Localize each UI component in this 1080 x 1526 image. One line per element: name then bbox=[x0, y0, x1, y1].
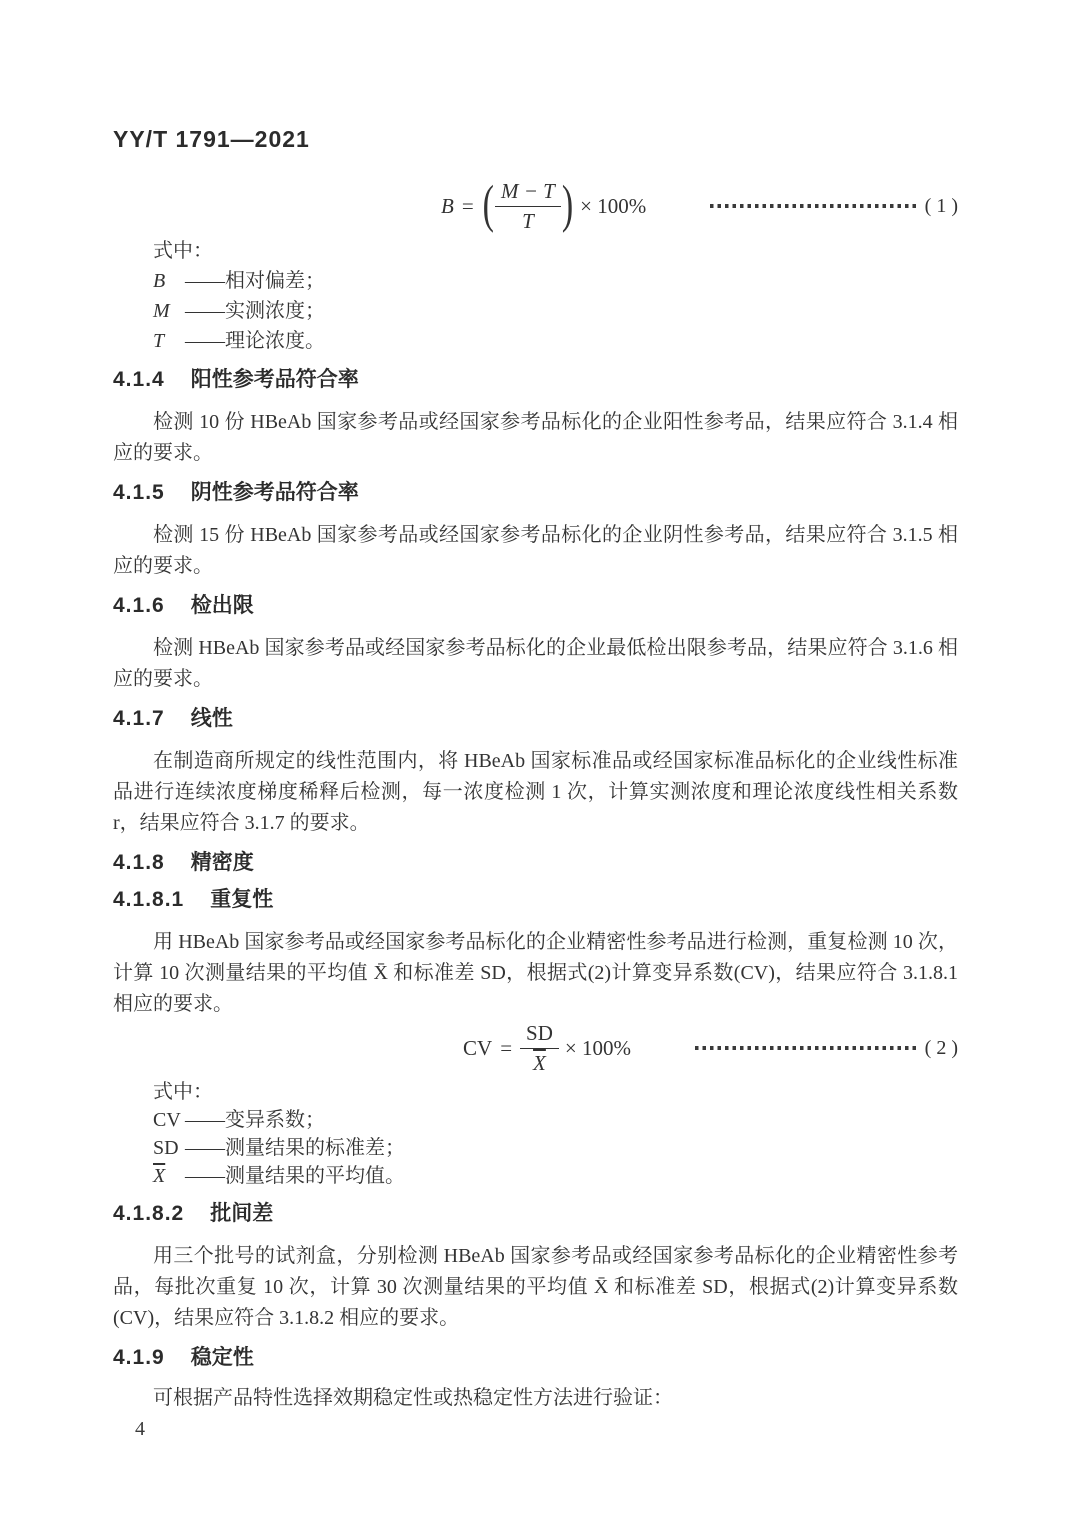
section-title: 稳定性 bbox=[191, 1346, 254, 1369]
section-body-4-1-5: 检测 15 份 HBeAb 国家参考品或经国家参考品标化的企业阴性参考品，结果应… bbox=[113, 520, 958, 582]
equals-sign: = bbox=[500, 1036, 512, 1061]
equation-lhs: B bbox=[441, 194, 454, 219]
equation-1-body: B = ( M − T T ) × 100% bbox=[441, 179, 646, 232]
multiplier: × 100% bbox=[580, 194, 646, 219]
dash: —— bbox=[185, 1109, 225, 1131]
equation-number: ( 2 ) bbox=[925, 1037, 958, 1060]
equation-2-legend: 式中： CV——变异系数； SD——测量结果的标准差； X——测量结果的平均值。 bbox=[153, 1078, 958, 1190]
legend-label: 式中： bbox=[153, 1078, 958, 1106]
dash: —— bbox=[185, 1137, 225, 1159]
section-body-4-1-7: 在制造商所规定的线性范围内，将 HBeAb 国家标准品或经国家标准品标化的企业线… bbox=[113, 746, 958, 839]
section-heading-4-1-9: 4.1.9稳定性 bbox=[113, 1345, 958, 1371]
equation-2: CV = SD X × 100% ( 2 ) bbox=[113, 1020, 958, 1076]
section-title: 线性 bbox=[191, 707, 233, 730]
page-content: YY/T 1791—2021 B = ( M − T T ) × 100% ( … bbox=[113, 0, 958, 1445]
dotted-leader bbox=[710, 204, 918, 208]
section-heading-4-1-5: 4.1.5阴性参考品符合率 bbox=[113, 480, 958, 506]
dash: —— bbox=[185, 300, 225, 322]
legend-label: 式中： bbox=[153, 236, 958, 266]
page-number: 4 bbox=[135, 1414, 958, 1445]
legend-row: SD——测量结果的标准差； bbox=[153, 1134, 958, 1162]
dash: —— bbox=[185, 1165, 225, 1187]
legend-row: T——理论浓度。 bbox=[153, 326, 958, 356]
fraction-numerator: M − T bbox=[495, 179, 561, 206]
legend-row: CV——变异系数； bbox=[153, 1106, 958, 1134]
fraction-numerator: SD bbox=[520, 1021, 559, 1048]
equation-2-body: CV = SD X × 100% bbox=[463, 1021, 631, 1074]
equals-sign: = bbox=[462, 194, 474, 219]
section-body-4-1-4: 检测 10 份 HBeAb 国家参考品或经国家参考品标化的企业阳性参考品，结果应… bbox=[113, 407, 958, 469]
fraction: M − T T bbox=[495, 179, 561, 232]
section-number: 4.1.5 bbox=[113, 481, 165, 504]
document-code: YY/T 1791—2021 bbox=[113, 126, 958, 152]
dotted-leader bbox=[695, 1046, 919, 1050]
equation-1-legend: 式中： B——相对偏差； M——实测浓度； T——理论浓度。 bbox=[153, 236, 958, 356]
term-symbol: B bbox=[153, 266, 185, 296]
section-heading-4-1-6: 4.1.6检出限 bbox=[113, 593, 958, 619]
dash: —— bbox=[185, 270, 225, 292]
section-body-4-1-9: 可根据产品特性选择效期稳定性或热稳定性方法进行验证： bbox=[113, 1383, 958, 1414]
section-body-4-1-8-2: 用三个批号的试剂盒，分别检测 HBeAb 国家参考品或经国家参考品标化的企业精密… bbox=[113, 1241, 958, 1334]
section-title: 精密度 bbox=[191, 851, 254, 874]
legend-row: X——测量结果的平均值。 bbox=[153, 1162, 958, 1190]
section-number: 4.1.4 bbox=[113, 368, 165, 391]
term-definition: 相对偏差； bbox=[225, 270, 325, 292]
term-symbol: T bbox=[153, 326, 185, 356]
section-number: 4.1.9 bbox=[113, 1346, 165, 1369]
term-definition: 实测浓度； bbox=[225, 300, 325, 322]
close-paren: ) bbox=[561, 180, 574, 233]
section-number: 4.1.8.2 bbox=[113, 1202, 184, 1225]
term-symbol: M bbox=[153, 296, 185, 326]
legend-row: M——实测浓度； bbox=[153, 296, 958, 326]
equation-lhs: CV bbox=[463, 1036, 492, 1061]
section-title: 阴性参考品符合率 bbox=[191, 481, 359, 504]
section-heading-4-1-4: 4.1.4阳性参考品符合率 bbox=[113, 367, 958, 393]
term-definition: 测量结果的标准差； bbox=[225, 1137, 405, 1159]
section-number: 4.1.8 bbox=[113, 851, 165, 874]
dash: —— bbox=[185, 330, 225, 352]
section-title: 批间差 bbox=[210, 1202, 273, 1225]
standard-document-page: YY/T 1791—2021 B = ( M − T T ) × 100% ( … bbox=[0, 0, 1080, 1526]
term-symbol-xbar: X bbox=[153, 1162, 185, 1190]
section-heading-4-1-8-2: 4.1.8.2批间差 bbox=[113, 1201, 958, 1227]
open-paren: ( bbox=[482, 180, 495, 233]
section-number: 4.1.7 bbox=[113, 707, 165, 730]
section-body-4-1-6: 检测 HBeAb 国家参考品或经国家参考品标化的企业最低检出限参考品，结果应符合… bbox=[113, 633, 958, 695]
section-body-4-1-8-1: 用 HBeAb 国家参考品或经国家参考品标化的企业精密性参考品进行检测，重复检测… bbox=[113, 927, 958, 1020]
multiplier: × 100% bbox=[565, 1036, 631, 1061]
section-title: 检出限 bbox=[191, 594, 254, 617]
equation-1: B = ( M − T T ) × 100% ( 1 ) bbox=[113, 178, 958, 234]
section-heading-4-1-8-1: 4.1.8.1重复性 bbox=[113, 887, 958, 913]
fraction: SD X bbox=[520, 1021, 559, 1074]
legend-row: B——相对偏差； bbox=[153, 266, 958, 296]
term-symbol: CV bbox=[153, 1106, 185, 1134]
section-heading-4-1-7: 4.1.7线性 bbox=[113, 706, 958, 732]
term-symbol: SD bbox=[153, 1134, 185, 1162]
term-definition: 变异系数； bbox=[225, 1109, 325, 1131]
section-title: 阳性参考品符合率 bbox=[191, 368, 359, 391]
term-definition: 理论浓度。 bbox=[225, 330, 325, 352]
section-heading-4-1-8: 4.1.8精密度 bbox=[113, 850, 958, 876]
section-title: 重复性 bbox=[210, 888, 273, 911]
fraction-denominator-xbar: X bbox=[533, 1049, 546, 1075]
section-number: 4.1.6 bbox=[113, 594, 165, 617]
fraction-denominator: T bbox=[522, 207, 534, 233]
term-definition: 测量结果的平均值。 bbox=[225, 1165, 405, 1187]
section-number: 4.1.8.1 bbox=[113, 888, 184, 911]
equation-number: ( 1 ) bbox=[925, 195, 958, 218]
